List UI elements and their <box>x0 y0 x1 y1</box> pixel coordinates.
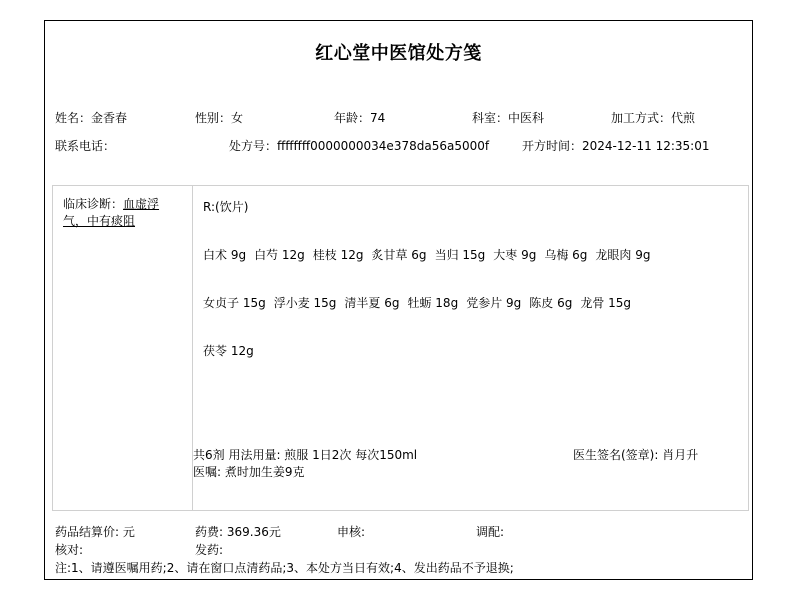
herb-line-2: 女贞子 15g浮小麦 15g清半夏 6g牡蛎 18g党参片 9g陈皮 6g龙骨 … <box>203 294 639 311</box>
dispense-mix-field: 调配: <box>476 523 504 540</box>
herb-item: 大枣 9g <box>493 248 536 262</box>
herb-item: 浮小麦 15g <box>274 296 337 310</box>
herb-item: 炙甘草 6g <box>371 248 426 262</box>
patient-age: 年龄：74 <box>334 109 385 126</box>
herb-item: 龙眼肉 9g <box>595 248 650 262</box>
doctor-advice: 医嘱: 煮时加生姜9克 <box>193 464 417 481</box>
patient-gender: 性别：女 <box>195 109 243 126</box>
drug-fee: 药费: 369.36元 <box>195 523 281 540</box>
check-field: 核对: <box>55 541 83 558</box>
footer-note: 注:1、请遵医嘱用药;2、请在窗口点清药品;3、本处方当日有效;4、发出药品不予… <box>55 559 514 576</box>
herb-item: 茯苓 12g <box>203 344 254 358</box>
prescription-box: 临床诊断：血虚浮气，中有痰阻 R:(饮片) 白术 9g白芍 12g桂枝 12g炙… <box>52 185 749 511</box>
herb-line-1: 白术 9g白芍 12g桂枝 12g炙甘草 6g当归 15g大枣 9g乌梅 6g龙… <box>203 246 659 263</box>
herb-item: 陈皮 6g <box>529 296 572 310</box>
doctor-signature: 医生签名(签章): 肖月升 <box>573 447 703 464</box>
herb-item: 白芍 12g <box>254 248 305 262</box>
herb-item: 桂枝 12g <box>313 248 364 262</box>
herb-item: 龙骨 15g <box>580 296 631 310</box>
prescription-number: 处方号：ffffffff0000000034e378da56a5000f <box>229 137 489 154</box>
process-method: 加工方式：代煎 <box>611 109 695 126</box>
herb-item: 清半夏 6g <box>344 296 399 310</box>
herb-item: 当归 15g <box>435 248 486 262</box>
department: 科室：中医科 <box>472 109 544 126</box>
dosage-usage: 共6剂 用法用量: 煎服 1日2次 每次150ml <box>193 447 417 464</box>
page-title: 红心堂中医馆处方笺 <box>45 39 752 65</box>
patient-name: 姓名：金香春 <box>55 109 127 126</box>
clinical-diagnosis: 临床诊断：血虚浮气，中有痰阻 <box>63 196 181 230</box>
issue-field: 发药: <box>195 541 223 558</box>
contact-phone: 联系电话： <box>55 137 115 154</box>
prescribe-time: 开方时间：2024-12-11 12:35:01 <box>522 137 709 154</box>
herb-item: 白术 9g <box>203 248 246 262</box>
herb-line-3: 茯苓 12g <box>203 342 262 359</box>
settle-price: 药品结算价: 元 <box>55 523 135 540</box>
usage-instructions: 共6剂 用法用量: 煎服 1日2次 每次150ml 医嘱: 煮时加生姜9克 <box>193 447 417 481</box>
herb-item: 女贞子 15g <box>203 296 266 310</box>
herb-item: 乌梅 6g <box>544 248 587 262</box>
review-field: 申核: <box>337 523 365 540</box>
herb-item: 党参片 9g <box>466 296 521 310</box>
prescription-sheet: 红心堂中医馆处方笺 姓名：金香春 性别：女 年龄：74 科室：中医科 加工方式：… <box>44 20 753 580</box>
rx-header: R:(饮片) <box>203 198 248 215</box>
herb-item: 牡蛎 18g <box>407 296 458 310</box>
